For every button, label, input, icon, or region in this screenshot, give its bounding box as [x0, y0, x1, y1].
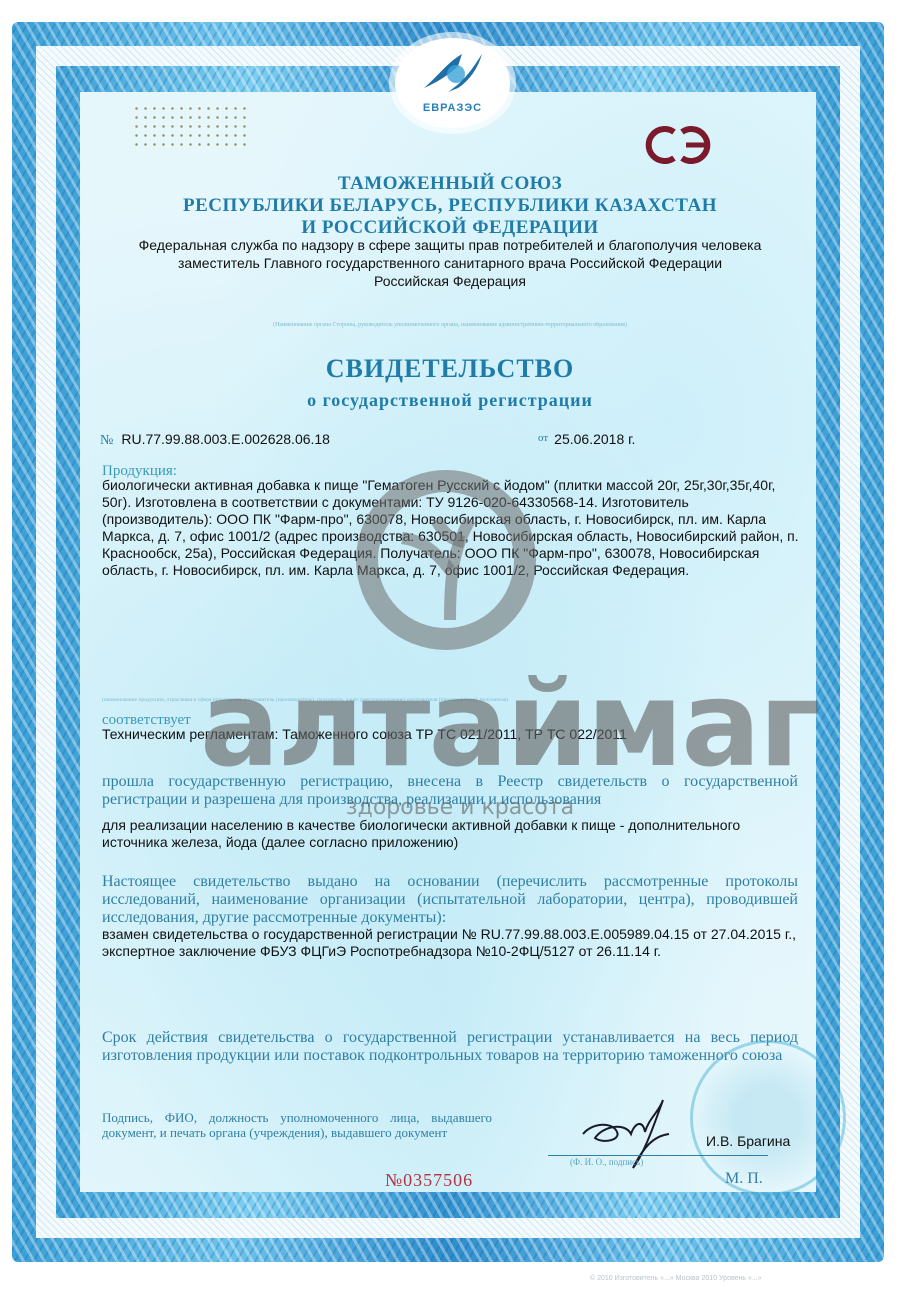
- agency-hint: (Наименование органа Стороны, руководите…: [140, 322, 760, 328]
- union-heading: ТАМОЖЕННЫЙ СОЮЗ РЕСПУБЛИКИ БЕЛАРУСЬ, РЕС…: [100, 173, 800, 239]
- watermark-leaf-icon: [380, 490, 520, 630]
- signature-caption: (Ф. И. О., подпись): [570, 1157, 643, 1167]
- agency-line-2: заместитель Главного государственного са…: [100, 254, 800, 272]
- date-label: от: [538, 432, 548, 444]
- certificate-date: от25.06.2018 г.: [538, 431, 635, 447]
- signature-line: [548, 1155, 768, 1156]
- agency-line-1: Федеральная служба по надзору в сфере за…: [100, 236, 800, 254]
- purpose-text: для реализации населению в качестве биол…: [102, 817, 802, 851]
- hologram-pattern: [132, 104, 250, 146]
- signature-note: Подпись, ФИО, должность уполномоченного …: [102, 1110, 492, 1140]
- certificate-number: №RU.77.99.88.003.Е.002628.06.18: [100, 431, 330, 449]
- validity-text: Срок действия свидетельства о государств…: [102, 1029, 798, 1065]
- emblem-label: ЕВРАЗЭС: [395, 102, 510, 114]
- agency-line-3: Российская Федерация: [100, 272, 800, 290]
- document-subtitle: о государственной регистрации: [100, 390, 800, 411]
- eurasec-emblem-icon: [418, 48, 488, 100]
- watermark-brand: алтаймаг: [200, 665, 700, 783]
- printer-imprint: © 2010 Изготовитель «...» Москва 2010 Ур…: [590, 1275, 762, 1282]
- agency-block: Федеральная служба по надзору в сфере за…: [100, 236, 800, 290]
- basis-heading: Настоящее свидетельство выдано на основа…: [102, 873, 798, 927]
- watermark-tagline: здоровье и красота: [330, 795, 590, 820]
- basis-text: взамен свидетельства о государственной р…: [102, 926, 802, 960]
- union-line-1: ТАМОЖЕННЫЙ СОЮЗ: [100, 173, 800, 195]
- document-title: СВИДЕТЕЛЬСТВО: [100, 354, 800, 384]
- eurasec-emblem: ЕВРАЗЭС: [395, 38, 510, 128]
- se-conformity-icon: [640, 122, 720, 168]
- signer-name: И.В. Брагина: [706, 1133, 790, 1149]
- union-line-2: РЕСПУБЛИКИ БЕЛАРУСЬ, РЕСПУБЛИКИ КАЗАХСТА…: [100, 195, 800, 217]
- official-seal: [690, 1040, 846, 1196]
- blank-serial-number: №0357506: [385, 1170, 473, 1191]
- seal-place-label: М. П.: [725, 1170, 763, 1188]
- number-label: №: [100, 433, 113, 448]
- number-value: RU.77.99.88.003.Е.002628.06.18: [121, 431, 330, 447]
- date-value: 25.06.2018 г.: [554, 431, 635, 447]
